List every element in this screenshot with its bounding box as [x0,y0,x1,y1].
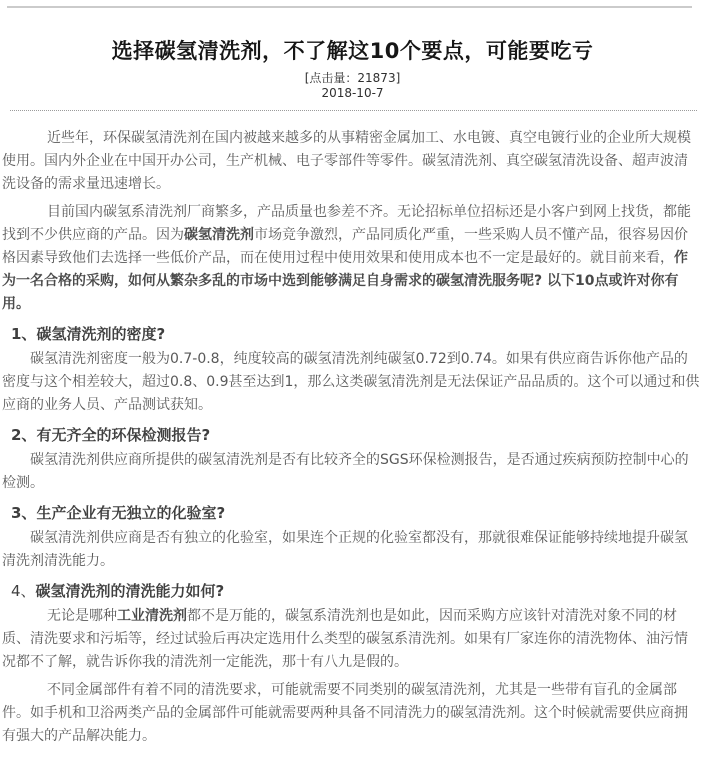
section-title: 碳氢清洗剂的清洗能力如何? [36,582,225,600]
top-divider [7,6,692,8]
section-heading: 4、碳氢清洗剂的清洗能力如何? [2,580,701,603]
paragraph: 碳氢清洗剂供应商是否有独立的化验室，如果连个正规的化验室都没有，那就很难保证能够… [2,527,701,573]
section-heading: 2、有无齐全的环保检测报告? [2,424,701,447]
article-page: 选择碳氢清洗剂，不了解这10个要点，可能要吃亏 [点击量：21873] 2018… [0,0,705,765]
paragraph: 近些年，环保碳氢清洗剂在国内被越来越多的从事精密金属加工、水电镀、真空电镀行业的… [2,127,701,196]
publish-date: 2018-10-7 [0,86,705,101]
text-segment: 无论是哪种 [47,608,117,624]
section-heading: 1、碳氢清洗剂的密度? [2,323,701,346]
bold-text: 工业清洗剂 [117,608,187,624]
section-number: 2、 [11,426,36,444]
section-title: 碳氢清洗剂的密度? [36,325,165,343]
bold-text: 碳氢清洗剂 [184,227,254,243]
paragraph: 碳氢清洗剂供应商所提供的碳氢清洗剂是否有比较齐全的SGS环保检测报告，是否通过疾… [2,449,701,495]
section-heading: 3、生产企业有无独立的化验室? [2,502,701,525]
section-title: 生产企业有无独立的化验室? [36,504,225,522]
section-number: 1、 [11,325,36,343]
text-segment: 近些年，环保碳氢清洗剂在国内被越来越多的从事精密金属加工、水电镀、真空电镀行业的… [2,130,691,192]
text-segment: 碳氢清洗剂密度一般为0.7-0.8，纯度较高的碳氢清洗剂纯碳氢0.72到0.74… [2,351,699,413]
section-title: 有无齐全的环保检测报告? [36,426,210,444]
section-number: 3、 [11,504,36,522]
section-number: 4、 [11,582,36,600]
text-segment: 碳氢清洗剂供应商所提供的碳氢清洗剂是否有比较齐全的SGS环保检测报告，是否通过疾… [2,452,689,491]
paragraph: 无论是哪种工业清洗剂都不是万能的，碳氢系清洗剂也是如此，因而采购方应该针对清洗对… [2,605,701,674]
page-title: 选择碳氢清洗剂，不了解这10个要点，可能要吃亏 [12,38,693,64]
text-segment: 碳氢清洗剂供应商是否有独立的化验室，如果连个正规的化验室都没有，那就很难保证能够… [2,530,688,569]
text-segment: 不同金属部件有着不同的清洗要求，可能就需要不同类别的碳氢清洗剂，尤其是一些带有盲… [2,682,688,744]
paragraph: 碳氢清洗剂密度一般为0.7-0.8，纯度较高的碳氢清洗剂纯碳氢0.72到0.74… [2,348,701,417]
hit-count: [点击量：21873] [0,71,705,86]
paragraph: 不同金属部件有着不同的清洗要求，可能就需要不同类别的碳氢清洗剂，尤其是一些带有盲… [2,679,701,748]
paragraph: 目前国内碳氢系清洗剂厂商繁多，产品质量也参差不齐。无论招标单位招标还是小客户到网… [2,201,701,316]
article-body: 近些年，环保碳氢清洗剂在国内被越来越多的从事精密金属加工、水电镀、真空电镀行业的… [0,111,705,765]
